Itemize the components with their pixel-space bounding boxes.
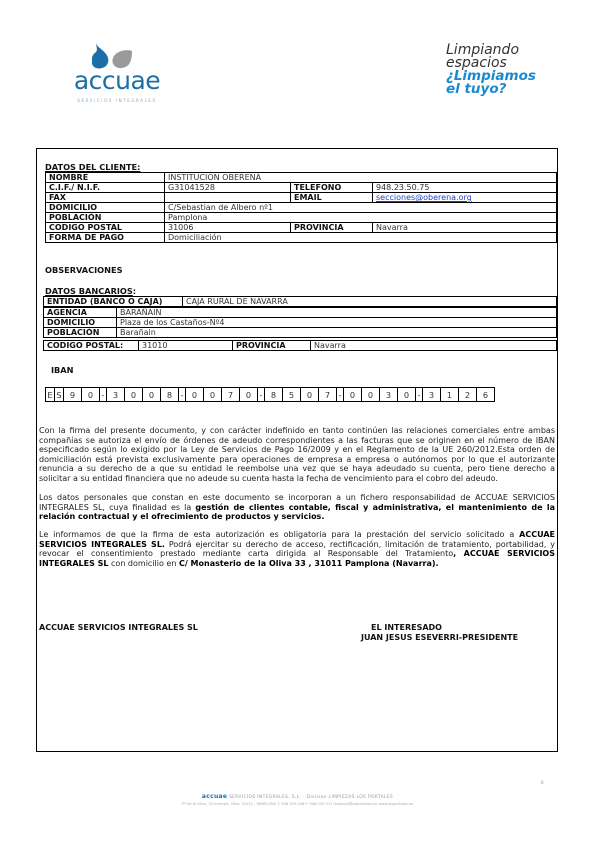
mandate-paragraph: Con la firma del presente documento, y c… bbox=[39, 426, 555, 484]
cp-label: CODIGO POSTAL bbox=[46, 223, 165, 233]
iban-char: 0 bbox=[143, 388, 161, 402]
pago-value: Domiciliación bbox=[165, 233, 557, 243]
iban-char: 0 bbox=[186, 388, 204, 402]
rights-text-1: Le informamos de que la firma de esta au… bbox=[39, 530, 519, 539]
telefono-label: TELEFONO bbox=[291, 183, 373, 193]
iban-char: 6 bbox=[477, 388, 495, 402]
footer-brand: accuae bbox=[202, 793, 227, 800]
table-row: NOMBRE INSTITUCION OBERENA bbox=[46, 173, 557, 183]
iban-char: 1 bbox=[441, 388, 459, 402]
authorization-form: DATOS DEL CLIENTE: NOMBRE INSTITUCION OB… bbox=[36, 148, 558, 752]
iban-char: 0 bbox=[125, 388, 143, 402]
iban-grid: ES90-3008-0070-8507-0030-3126 bbox=[45, 387, 495, 402]
iban-char: S bbox=[55, 388, 64, 402]
iban-char: 3 bbox=[380, 388, 398, 402]
company-logo: accuae SERVICIOS INTEGRALES bbox=[62, 42, 172, 104]
iban-char: - bbox=[337, 388, 344, 402]
slogan: Limpiando espacios ¿Limpiamos el tuyo? bbox=[446, 44, 566, 96]
email-link[interactable]: secciones@oberena.org bbox=[376, 193, 472, 202]
iban-title: IBAN bbox=[51, 365, 73, 375]
cif-label: C.I.F./ N.I.F. bbox=[46, 183, 165, 193]
iban-char: 7 bbox=[319, 388, 337, 402]
slogan-line4: el tuyo? bbox=[446, 83, 566, 96]
data-protection-paragraph: Los datos personales que constan en este… bbox=[39, 493, 555, 522]
iban-char: 0 bbox=[204, 388, 222, 402]
iban-char: 0 bbox=[398, 388, 416, 402]
table-row: CODIGO POSTAL: 31010 PROVINCIA Navarra bbox=[44, 341, 557, 351]
table-row: ENTIDAD (BANCO O CAJA) CAJA RURAL DE NAV… bbox=[44, 297, 557, 307]
iban-char: 3 bbox=[423, 388, 441, 402]
bank-title-colon: : bbox=[133, 286, 136, 296]
bank-table-details: AGENCIA BARAÑAIN DOMICILIO Plaza de los … bbox=[43, 307, 557, 338]
provincia-label: PROVINCIA bbox=[291, 223, 373, 233]
provincia-value: Navarra bbox=[373, 223, 557, 233]
bank-poblacion-label: POBLACIÓN bbox=[44, 328, 117, 338]
bank-table-postal: CODIGO POSTAL: 31010 PROVINCIA Navarra bbox=[43, 340, 557, 351]
bank-cp-label: CODIGO POSTAL: bbox=[44, 341, 139, 351]
bank-cp-value: 31010 bbox=[139, 341, 233, 351]
fax-label: FAX bbox=[46, 193, 165, 203]
table-row: AGENCIA BARAÑAIN bbox=[44, 308, 557, 318]
bank-domicilio-label: DOMICILIO bbox=[44, 318, 117, 328]
iban-char: 5 bbox=[283, 388, 301, 402]
bank-provincia-value: Navarra bbox=[311, 341, 557, 351]
table-row: DOMICILIO Plaza de los Castaños-Nº4 bbox=[44, 318, 557, 328]
client-section-title: DATOS DEL CLIENTE: bbox=[45, 162, 140, 172]
fax-value bbox=[165, 193, 291, 203]
table-row: POBLACIÓN Pamplona bbox=[46, 213, 557, 223]
bank-domicilio-value: Plaza de los Castaños-Nº4 bbox=[117, 318, 557, 328]
domicilio-value: C/Sebastian de Albero nº1 bbox=[165, 203, 557, 213]
footer-line1: SERVICIOS INTEGRALES, S.L. - Division LI… bbox=[229, 795, 393, 800]
iban-char: - bbox=[179, 388, 186, 402]
table-row: FORMA DE PAGO Domiciliación bbox=[46, 233, 557, 243]
iban-row: ES90-3008-0070-8507-0030-3126 bbox=[46, 388, 495, 402]
iban-char: 2 bbox=[459, 388, 477, 402]
bank-title-text: DATOS BANCARIOS bbox=[45, 286, 133, 296]
iban-char: 0 bbox=[301, 388, 319, 402]
iban-char: 0 bbox=[240, 388, 258, 402]
cif-value: G31041528 bbox=[165, 183, 291, 193]
telefono-value: 948.23.50.75 bbox=[373, 183, 557, 193]
table-row: DOMICILIO C/Sebastian de Albero nº1 bbox=[46, 203, 557, 213]
iban-char: - bbox=[258, 388, 265, 402]
iban-char: 7 bbox=[222, 388, 240, 402]
bank-section-title: DATOS BANCARIOS: bbox=[45, 286, 136, 296]
bank-table-entidad: ENTIDAD (BANCO O CAJA) CAJA RURAL DE NAV… bbox=[43, 296, 557, 307]
logo-subtitle: SERVICIOS INTEGRALES bbox=[62, 98, 172, 103]
signature-company: ACCUAE SERVICIOS INTEGRALES SL bbox=[39, 623, 198, 632]
poblacion-value: Pamplona bbox=[165, 213, 557, 223]
iban-char: 8 bbox=[161, 388, 179, 402]
table-row: CODIGO POSTAL 31006 PROVINCIA Navarra bbox=[46, 223, 557, 233]
table-row: C.I.F./ N.I.F. G31041528 TELEFONO 948.23… bbox=[46, 183, 557, 193]
iban-char: 8 bbox=[265, 388, 283, 402]
email-label: EMAIL bbox=[291, 193, 373, 203]
iban-char: 0 bbox=[362, 388, 380, 402]
signature-interested-title: EL INTERESADO bbox=[371, 623, 442, 632]
rights-text-3: con domicilio en bbox=[108, 559, 178, 568]
signature-interested-name: JUAN JESUS ESEVERRI-PRESIDENTE bbox=[361, 633, 518, 642]
pago-label: FORMA DE PAGO bbox=[46, 233, 165, 243]
nombre-label: NOMBRE bbox=[46, 173, 165, 183]
iban-char: 0 bbox=[344, 388, 362, 402]
entidad-label: ENTIDAD (BANCO O CAJA) bbox=[44, 297, 183, 307]
iban-char: 0 bbox=[82, 388, 100, 402]
page-number: 0 bbox=[541, 780, 544, 785]
entidad-value: CAJA RURAL DE NAVARRA bbox=[183, 297, 557, 307]
iban-char: 9 bbox=[64, 388, 82, 402]
table-row: POBLACIÓN Barañain bbox=[44, 328, 557, 338]
client-table: NOMBRE INSTITUCION OBERENA C.I.F./ N.I.F… bbox=[45, 172, 557, 243]
rights-paragraph: Le informamos de que la firma de esta au… bbox=[39, 530, 555, 568]
observaciones-title: OBSERVACIONES bbox=[45, 265, 122, 275]
nombre-value: INSTITUCION OBERENA bbox=[165, 173, 557, 183]
table-row: FAX EMAIL secciones@oberena.org bbox=[46, 193, 557, 203]
iban-char: E bbox=[46, 388, 55, 402]
agencia-value: BARAÑAIN bbox=[117, 308, 557, 318]
poblacion-label: POBLACIÓN bbox=[46, 213, 165, 223]
iban-char: - bbox=[100, 388, 107, 402]
footer-company-line: accuae SERVICIOS INTEGRALES, S.L. - Divi… bbox=[0, 793, 595, 800]
bank-provincia-label: PROVINCIA bbox=[233, 341, 311, 351]
agencia-label: AGENCIA bbox=[44, 308, 117, 318]
iban-char: 3 bbox=[107, 388, 125, 402]
domicilio-label: DOMICILIO bbox=[46, 203, 165, 213]
footer-contact-line: Pº de la Oliva, 33 entreplt. Ofna. 31011… bbox=[0, 802, 595, 806]
cp-value: 31006 bbox=[165, 223, 291, 233]
logo-wordmark: accuae bbox=[62, 66, 172, 95]
bank-poblacion-value: Barañain bbox=[117, 328, 557, 338]
rights-address: C/ Monasterio de la Oliva 33 , 31011 Pam… bbox=[179, 559, 439, 568]
iban-char: - bbox=[416, 388, 423, 402]
